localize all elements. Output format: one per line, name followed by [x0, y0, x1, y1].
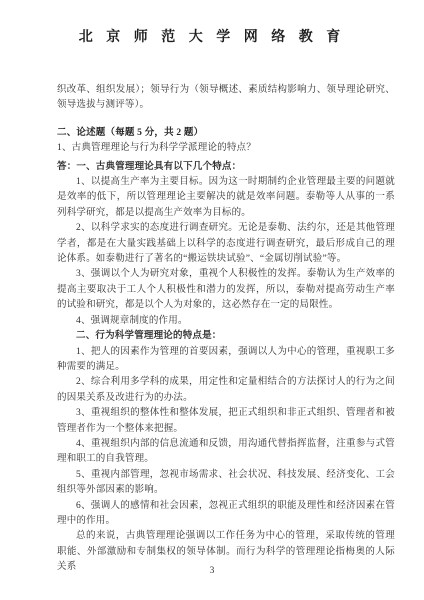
behavioral-point-2: 2、综合利用多学科的成果，用定性和定量相结合的方法探讨人的行为之间的因果关系及改… [57, 375, 395, 406]
classical-point-1: 1、以提高生产率为主要目标。因为这一时期制约企业管理最主要的问题就是效率的低下，… [57, 175, 395, 221]
continuation-paragraph: 织改革、组织发展）；领导行为（领导概述、素质结构影响力、领导理论研究、领导选拔与… [57, 83, 395, 114]
behavioral-point-5: 5、重视内部管理，忽视市场需求、社会状况、科技发展、经济变化、工会组织等外部因素… [57, 468, 395, 499]
behavioral-point-4: 4、重视组织内部的信息流通和反馈，用沟通代替指挥监督，注重参与式管理和职工的自我… [57, 437, 395, 468]
answer-lead-behavioral: 二、行为科学管理理论的特点是： [57, 329, 395, 344]
behavioral-point-3: 3、重视组织的整体性和整体发展，把正式组织和非正式组织、管理者和被管理者作为一个… [57, 406, 395, 437]
university-header-title: 北 京 师 范 大 学 网 络 教 育 [0, 0, 424, 46]
behavioral-point-6: 6、强调人的感情和社会因素，忽视正式组织的职能及理性和经济因素在管理中的作用。 [57, 499, 395, 530]
answer-lead-classical: 答：一、古典管理理论具有以下几个特点： [57, 160, 395, 175]
page-number: 3 [0, 566, 424, 576]
question-text: 1、古典管理理论与行为科学学派理论的特点？ [57, 141, 395, 156]
document-body: 织改革、组织发展）；领导行为（领导概述、素质结构影响力、领导理论研究、领导选拔与… [0, 46, 424, 576]
behavioral-point-1: 1、把人的因素作为管理的首要因素，强调以人为中心的管理，重视职工多种需要的满足。 [57, 345, 395, 376]
classical-point-4: 4、强调规章制度的作用。 [57, 314, 395, 329]
classical-point-2: 2、以科学求实的态度进行调查研究。无论是泰勒、法约尔，还是其他管理学者，都是在大… [57, 221, 395, 267]
section-heading-essay-questions: 二、论述题（每题 5 分，共 2 题） [57, 126, 395, 141]
document-page: 北 京 师 范 大 学 网 络 教 育 织改革、组织发展）；领导行为（领导概述、… [0, 0, 424, 600]
classical-point-3: 3、强调以个人为研究对象，重视个人积极性的发挥。泰勒认为生产效率的提高主要取决于… [57, 267, 395, 313]
